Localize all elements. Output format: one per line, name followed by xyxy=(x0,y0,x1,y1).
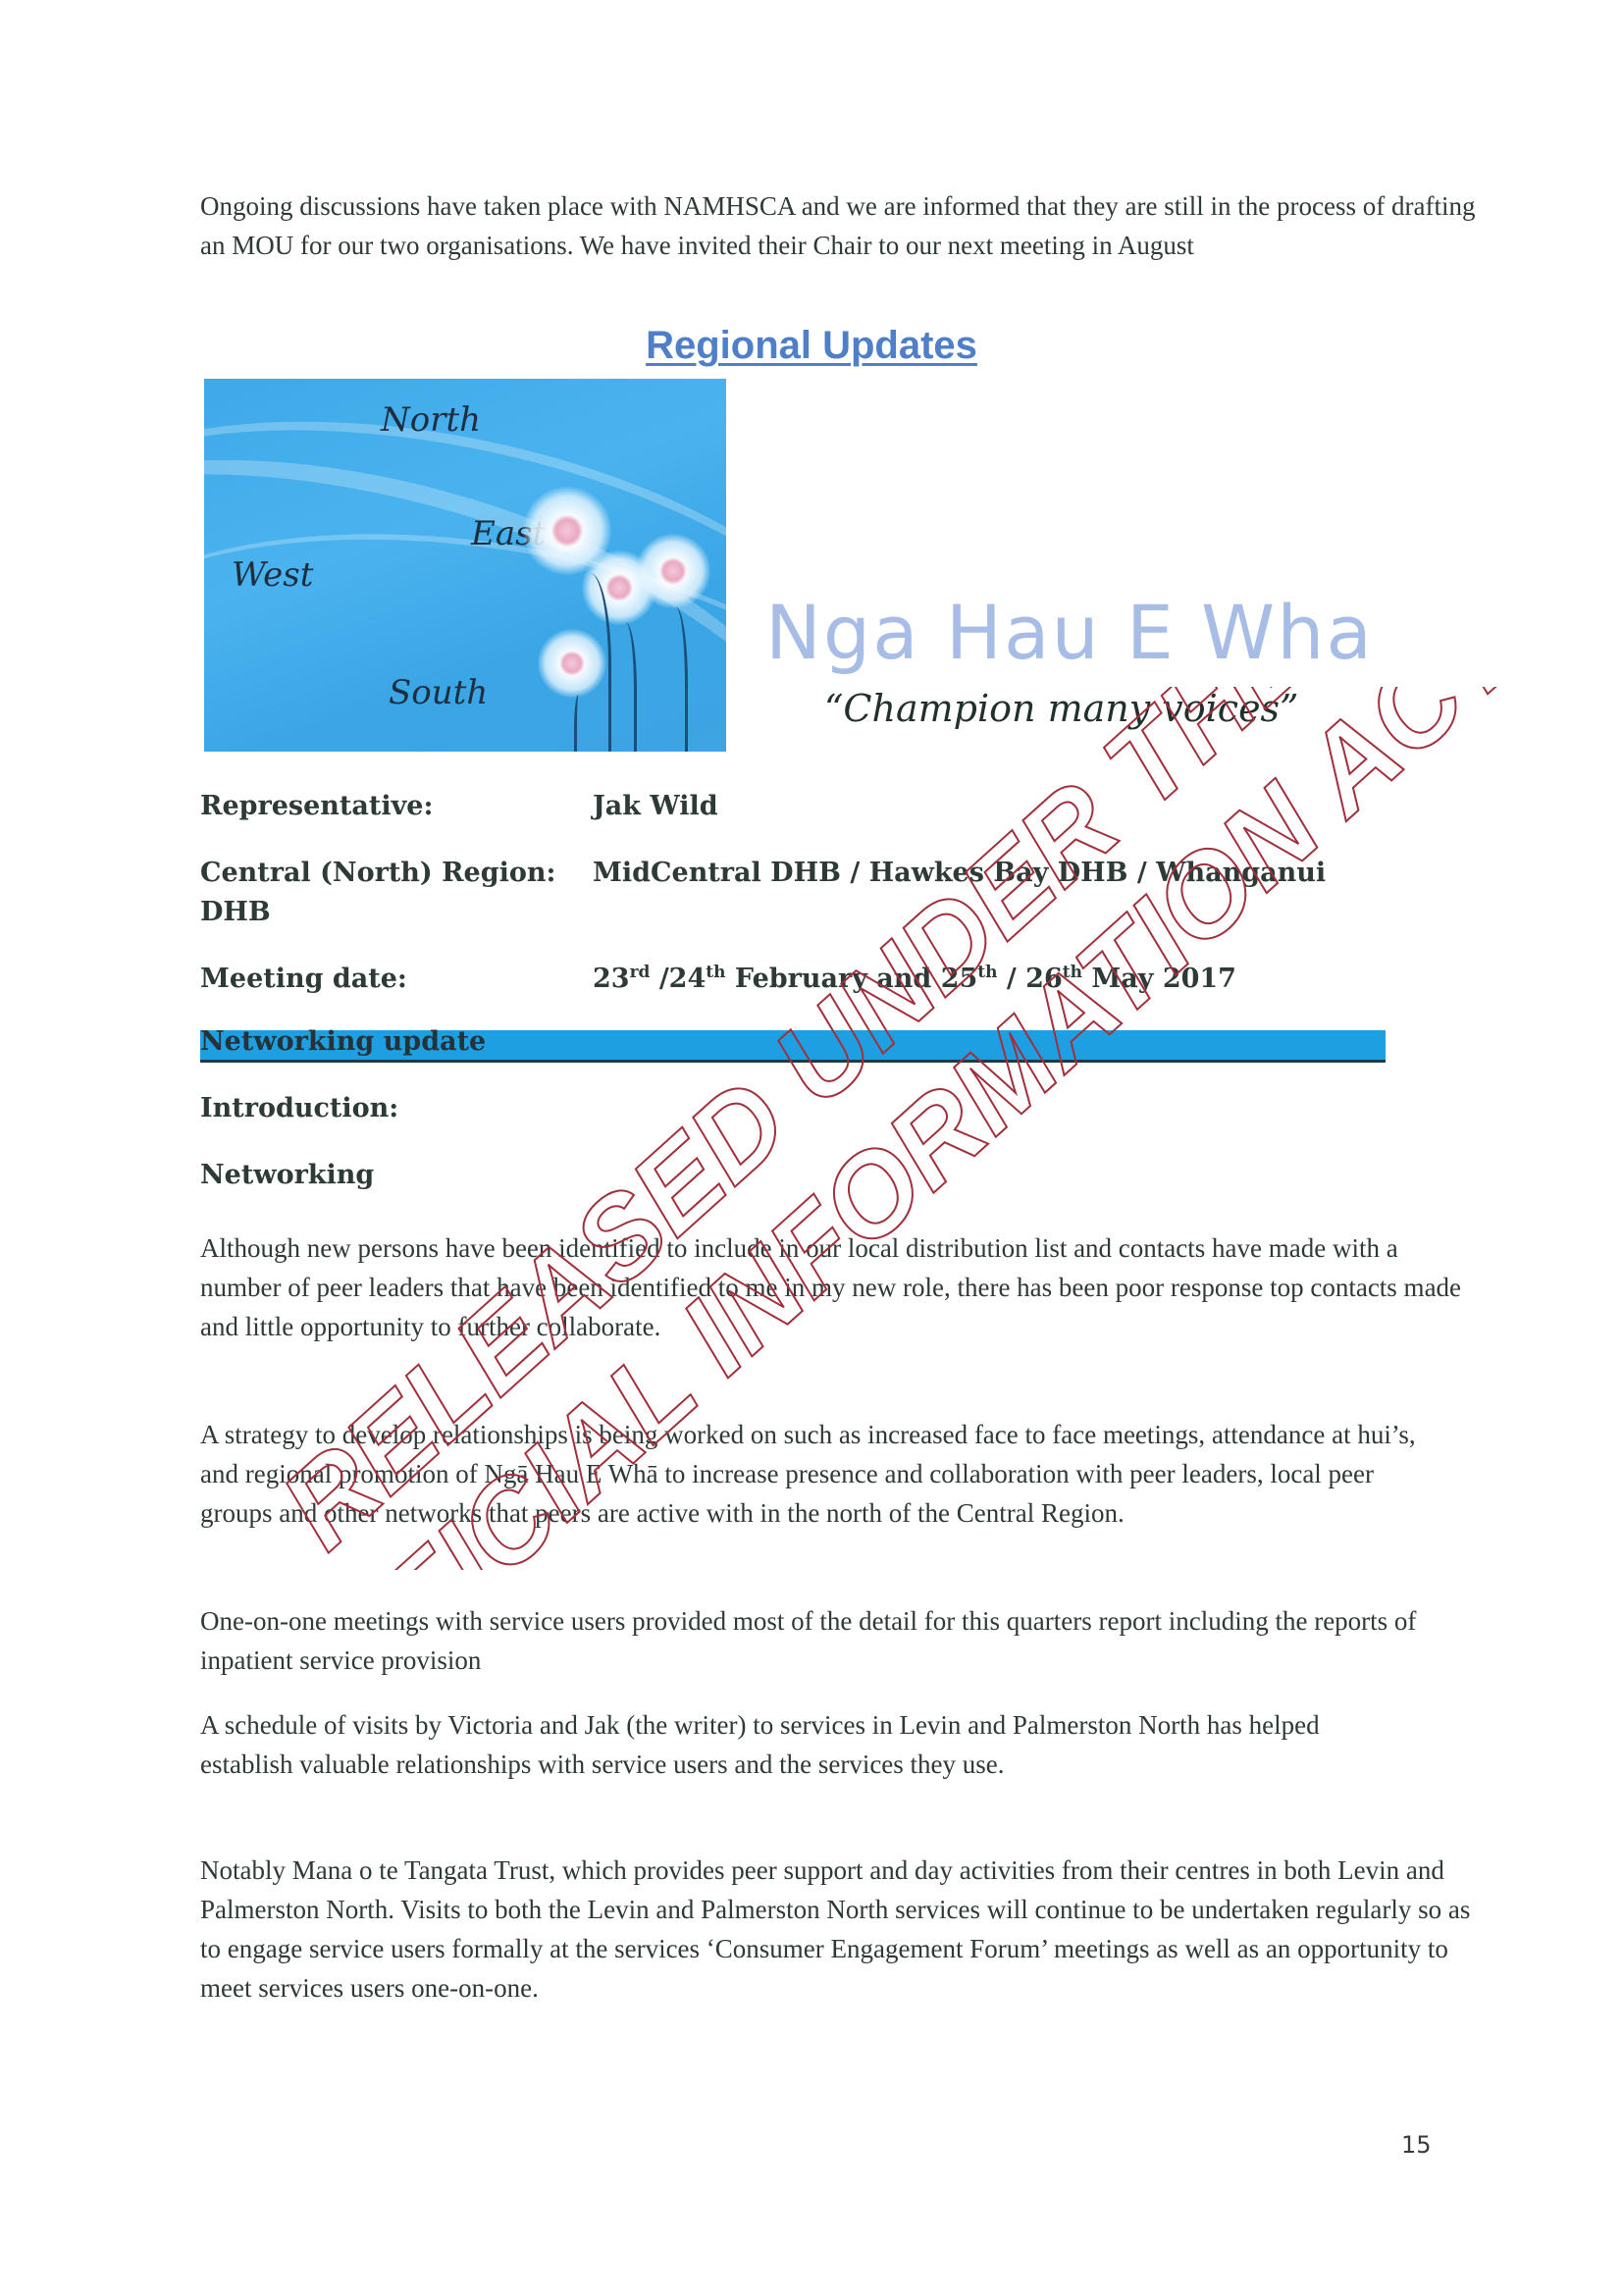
date-part: /24 xyxy=(650,964,706,994)
meeting-date-row: Meeting date:23rd /24th February and 25t… xyxy=(200,960,1236,999)
date-suffix: rd xyxy=(630,963,651,982)
date-part: 23 xyxy=(593,964,630,994)
date-part: May 2017 xyxy=(1082,964,1236,994)
date-suffix: th xyxy=(706,963,725,982)
introduction-heading: Introduction: xyxy=(200,1093,398,1123)
date-part: February and 25 xyxy=(725,964,977,994)
date-part: / 26 xyxy=(998,964,1063,994)
representative-value: Jak Wild xyxy=(593,791,718,821)
section-title: Regional Updates xyxy=(0,324,1623,368)
networking-update-label: Networking update xyxy=(200,1026,486,1057)
date-suffix: th xyxy=(977,963,997,982)
date-suffix: th xyxy=(1063,963,1082,982)
meeting-date-value: 23rd /24th February and 25th / 26th May … xyxy=(593,964,1236,994)
region-label: Central (North) Region: xyxy=(200,854,593,893)
page-number: 15 xyxy=(1401,2131,1432,2159)
paragraph-networking: Although new persons have been identifie… xyxy=(200,1228,1476,1346)
organisation-logo: Nga Hau E Wha xyxy=(765,589,1374,676)
stem xyxy=(663,606,688,752)
paragraph-visits: A schedule of visits by Victoria and Jak… xyxy=(200,1705,1417,1784)
label-north: North xyxy=(381,400,481,440)
paragraph-meetings: One-on-one meetings with service users p… xyxy=(200,1601,1476,1680)
dandelion-icon xyxy=(636,534,710,608)
label-south: South xyxy=(389,673,488,712)
intro-paragraph: Ongoing discussions have taken place wit… xyxy=(200,186,1476,265)
stem xyxy=(574,695,583,752)
region-row: Central (North) Region:MidCentral DHB / … xyxy=(200,854,1397,932)
meeting-date-label: Meeting date: xyxy=(200,960,593,999)
compass-banner-image: North East West South xyxy=(204,379,726,752)
stem xyxy=(614,622,637,752)
paragraph-strategy: A strategy to develop relationships is b… xyxy=(200,1415,1417,1533)
label-west: West xyxy=(232,555,313,595)
document-page: Ongoing discussions have taken place wit… xyxy=(0,0,1623,2296)
paragraph-mana-trust: Notably Mana o te Tangata Trust, which p… xyxy=(200,1851,1476,2008)
representative-label: Representative: xyxy=(200,787,593,826)
representative-row: Representative:Jak Wild xyxy=(200,787,718,826)
networking-update-bar: Networking update xyxy=(200,1030,1386,1063)
networking-heading: Networking xyxy=(200,1160,374,1190)
logo-tagline: “Champion many voices” xyxy=(824,687,1298,730)
